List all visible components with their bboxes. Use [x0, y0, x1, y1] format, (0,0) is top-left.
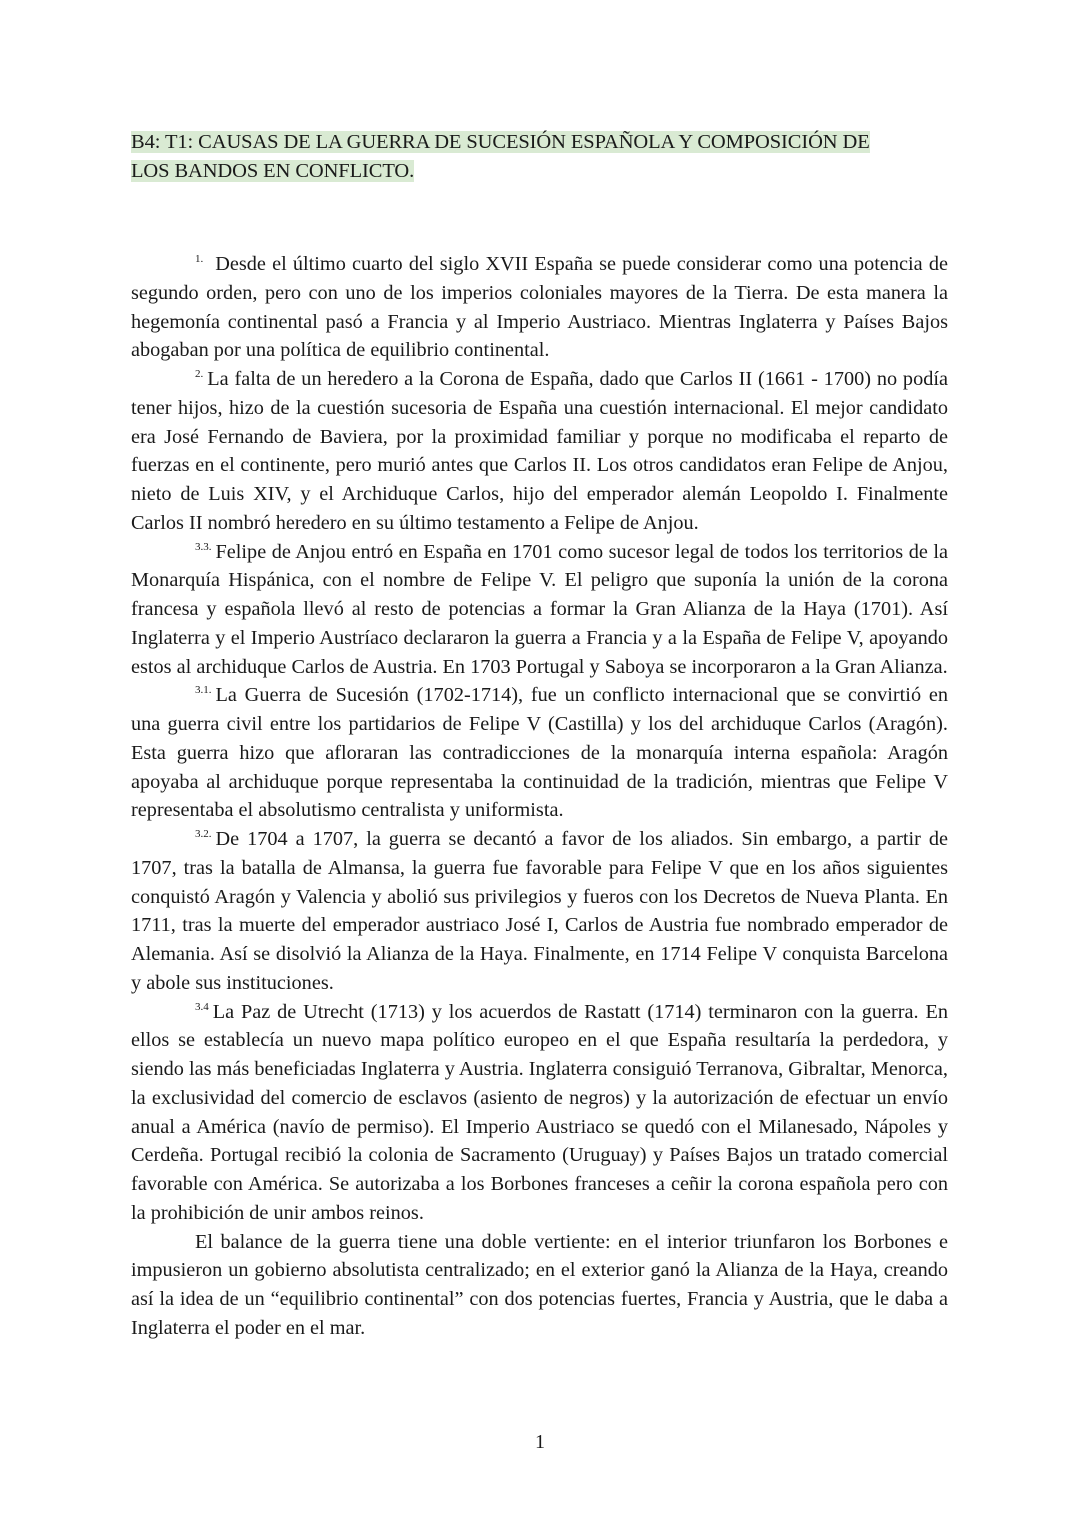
paragraph-text: Felipe de Anjou entró en España en 1701 …: [131, 541, 948, 678]
paragraph-marker: 3.3.: [195, 541, 212, 553]
paragraph-marker: 2.: [195, 368, 203, 380]
title-line-1: B4: T1: CAUSAS DE LA GUERRA DE SUCESIÓN …: [131, 131, 870, 153]
document-page: B4: T1: CAUSAS DE LA GUERRA DE SUCESIÓN …: [131, 128, 948, 1343]
paragraph-text: El balance de la guerra tiene una doble …: [131, 1231, 948, 1339]
paragraph-marker: 3.2.: [195, 828, 212, 840]
paragraph-3-1: 3.1.La Guerra de Sucesión (1702-1714), f…: [131, 681, 948, 825]
paragraph-2: 2.La falta de un heredero a la Corona de…: [131, 365, 948, 538]
paragraph-text: Desde el último cuarto del siglo XVII Es…: [131, 253, 948, 361]
paragraph-1: 1.Desde el último cuarto del siglo XVII …: [131, 250, 948, 365]
paragraph-text: De 1704 a 1707, la guerra se decantó a f…: [131, 828, 948, 994]
title-line-2: LOS BANDOS EN CONFLICTO.: [131, 160, 414, 182]
paragraph-text: La falta de un heredero a la Corona de E…: [131, 368, 948, 534]
paragraph-marker: 3.4: [195, 1001, 209, 1013]
paragraph-text: La Guerra de Sucesión (1702-1714), fue u…: [131, 684, 948, 821]
paragraph-3-2: 3.2.De 1704 a 1707, la guerra se decantó…: [131, 825, 948, 998]
paragraph-marker: 1.: [195, 253, 203, 265]
document-body: 1.Desde el último cuarto del siglo XVII …: [131, 250, 948, 1343]
page-number: 1: [0, 1431, 1080, 1454]
paragraph-text: La Paz de Utrecht (1713) y los acuerdos …: [131, 1001, 948, 1224]
paragraph-marker: 3.1.: [195, 684, 212, 696]
paragraph-conclusion: El balance de la guerra tiene una doble …: [131, 1228, 948, 1343]
document-title: B4: T1: CAUSAS DE LA GUERRA DE SUCESIÓN …: [131, 128, 948, 186]
paragraph-3-3: 3.3.Felipe de Anjou entró en España en 1…: [131, 538, 948, 682]
paragraph-3-4: 3.4La Paz de Utrecht (1713) y los acuerd…: [131, 998, 948, 1228]
